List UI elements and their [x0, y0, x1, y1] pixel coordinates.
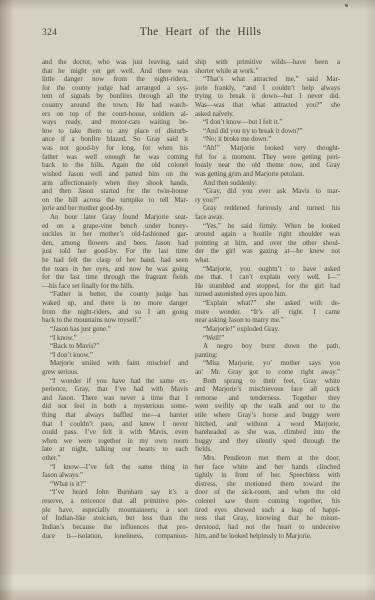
text-line: that he might yet get well. And there wa… [42, 67, 188, 76]
text-line: Jason always.” [42, 471, 188, 480]
text-line: him, and he looked helplessly to Marjori… [195, 532, 340, 541]
text-column-left: and the doctor, who was just leaving, sa… [42, 58, 188, 540]
text-line: Marjorie smiled with faint mischief and [42, 359, 188, 368]
text-line: fields. [195, 445, 340, 454]
text-line: shorter while at work.” [195, 67, 340, 76]
text-line: tightly in front of her. Speechless with [195, 471, 340, 480]
text-line: —his face set finally for the hills. [42, 282, 188, 291]
text-line: and then Jason started for the twin-hous… [42, 187, 188, 196]
text-line: country around the town. He had watch- [42, 101, 188, 110]
text-line: duce it—isolation, loneliness, companion… [42, 532, 188, 541]
text-line: Was—was that what attracted you?” she [195, 101, 340, 110]
text-line: “I know.” [42, 334, 188, 343]
text-column-right: ship with primitive wilds—have been asho… [195, 58, 340, 540]
text-line: thing that always baffled me—a barrier [42, 411, 188, 420]
text-line: he had felt the clasp of her hand, had s… [42, 256, 188, 265]
scan-artifact-band [0, 574, 375, 590]
text-line: “I don’t know—but I felt it.” [195, 118, 340, 127]
text-line: buggy and they silently sped through the [195, 437, 340, 446]
text-line: tired eyes showed such a leap of happi- [195, 506, 340, 515]
page-title: The Heart of the Hills [140, 26, 262, 38]
text-line: face away. [195, 213, 340, 222]
text-line: “Marjorie, you oughtn’t to have asked [195, 265, 340, 274]
page-number: 324 [42, 28, 57, 38]
text-line: from the night-riders, and so I am going [42, 308, 188, 317]
text-line: went swiftly up the walk and out to the [195, 402, 340, 411]
text-line: remorse and tenderness. Together they [195, 394, 340, 403]
text-line: “Gray, did you ever ask Mavis to mar- [195, 187, 340, 196]
text-line: “That’s what attracted me,” said Mar- [195, 75, 340, 84]
text-line: me that. I can’t explain very well. I—” [195, 273, 340, 282]
text-line: back to the hills. Again the old colonel [42, 161, 188, 170]
text-line: turned astonished eyes upon him. [195, 290, 340, 299]
text-line: stile where Gray’s horse and buggy were [195, 411, 340, 420]
text-line: waked up, and there is no more danger [42, 299, 188, 308]
text-line: low to take them to any place of disturb… [42, 127, 188, 136]
text-line: when we were together in my own room [42, 437, 188, 446]
text-line: “I’ve heard John Burnham say it’s a [42, 488, 188, 497]
text-line: Gray reddened furiously and turned his [195, 204, 340, 213]
text-line: Indian’s because the influences that pro… [42, 523, 188, 532]
text-line: “Explain what?” she asked with de- [195, 299, 340, 308]
text-line: and Marjorie’s mischievous face all quic… [195, 385, 340, 394]
text-line: den, among flowers and bees. Jason had [42, 239, 188, 248]
text-line: “Jason has just gone.” [42, 325, 188, 334]
text-line: door of the sick-room, and when the old [195, 488, 340, 497]
text-line: “I know—I’ve felt the same thing in [42, 463, 188, 472]
text-line: “Miss Marjorie, yo’ mother says you [195, 359, 340, 368]
text-line: pointing at him, and over the other shou… [195, 239, 340, 248]
text-line: tem of signals by bonfires through all t… [42, 92, 188, 101]
text-line: that I couldn’t pass, and knew I never [42, 420, 188, 429]
text-line: mure wonder. “It’s all right. I came [195, 308, 340, 317]
text-line: could pass. I’ve felt it with Mavis, eve… [42, 428, 188, 437]
text-line: what. [195, 256, 340, 265]
text-line: “No; it broke me down.” [195, 135, 340, 144]
text-line: ed on a grape-vine bench under honey- [42, 222, 188, 231]
text-line: Both sprang to their feet, Gray white [195, 377, 340, 386]
text-line: “And did you try to break it down?” [195, 127, 340, 136]
text-line: ple have, especially mountaineers; a sor… [42, 506, 188, 515]
text-line: trying to break it down—but I never did. [195, 92, 340, 101]
text-line: did not feel in both a mysterious some- [42, 402, 188, 411]
ink-speck [345, 4, 348, 7]
text-line: perience, Gray, that I’ve had with Mavis [42, 385, 188, 394]
text-line: was not good-by for long, for when his [42, 144, 188, 153]
text-line: back to the mountains now myself.” [42, 316, 188, 325]
text-line: around again a hostile right shoulder wa… [195, 230, 340, 239]
text-line: jorie frankly, “and I couldn’t help alwa… [195, 84, 340, 93]
text-line: late at night, talking our hearts to eac… [42, 445, 188, 454]
text-line: An hour later Gray found Marjorie seat- [42, 213, 188, 222]
text-line: ful for a moment. They were getting peri… [195, 153, 340, 162]
text-line: of Indian-like stoicism, but less than t… [42, 514, 188, 523]
text-line: He stumbled and stopped, for the girl ha… [195, 282, 340, 291]
book-page: 324 The Heart of the Hills and the docto… [0, 0, 375, 600]
text-line: on the hill across the turnpike to tell … [42, 196, 188, 205]
text-line: wished Jason well and patted him on the [42, 170, 188, 179]
text-line: “Father is better, the county judge has [42, 290, 188, 299]
text-line: other.” [42, 454, 188, 463]
text-line: ry you?” [195, 196, 340, 205]
text-line: bareheaded as she was, climbed into the [195, 428, 340, 437]
text-line: grew serious. [42, 368, 188, 377]
text-line: arm affectionately when they shook hands… [42, 179, 188, 188]
text-line: jorie and her mother good-by. [42, 204, 188, 213]
text-body: and the doctor, who was just leaving, sa… [42, 58, 340, 540]
text-line: and the doctor, who was just leaving, sa… [42, 58, 188, 67]
text-line: near asking Jason to marry me.” [195, 316, 340, 325]
text-line: ship with primitive wilds—have been a [195, 58, 340, 67]
text-line: and Jason. There was never a time that I [42, 394, 188, 403]
text-line: ness that Gray, knowing that he misun- [195, 514, 340, 523]
text-line: for the last time through the fragrant f… [42, 273, 188, 282]
text-line: distress, she motioned them toward the [195, 480, 340, 489]
text-line: father was well enough he was coming [42, 153, 188, 162]
text-line: “Back to Mavis?” [42, 342, 188, 351]
text-line: Mrs. Pendleton met them at the door, [195, 454, 340, 463]
text-line: “Yes,” he said firmly. When he looked [195, 222, 340, 231]
text-line: for the county judge had arranged a sys- [42, 84, 188, 93]
text-line: ers on top of the court-house, soldiers … [42, 110, 188, 119]
text-line: lously near the old theme now, and Gray [195, 161, 340, 170]
text-line: A negro boy burst down the path, [195, 342, 340, 351]
text-line: asked naïvely. [195, 110, 340, 119]
text-line: reserve, a reticence that all primitive … [42, 497, 188, 506]
text-line: panting: [195, 351, 340, 360]
text-line: ways ready, and motor-cars waiting be- [42, 118, 188, 127]
text-line: the tears in her eyes, and now he was go… [42, 265, 188, 274]
text-line: little danger now from the night-riders, [42, 75, 188, 84]
text-line: her face white and her hands clinched [195, 463, 340, 472]
text-line: derstood, had not the heart to undeceive [195, 523, 340, 532]
text-line: “I don’t know.” [42, 351, 188, 360]
text-line: an’ Mr. Gray got to come right away.” [195, 368, 340, 377]
text-line: “Marjorie!” exploded Gray. [195, 325, 340, 334]
text-line: hitched, and without a word Marjorie, [195, 420, 340, 429]
text-line: ance if a bonfire blazed. So Gray said i… [42, 135, 188, 144]
text-line: suckles in her mother’s old-fashioned ga… [42, 230, 188, 239]
text-line: der the girl was gazing at—he knew not [195, 247, 340, 256]
text-line: “Ah!” Marjorie looked very thought- [195, 144, 340, 153]
text-line: “Well!” [195, 334, 340, 343]
text-line: colonel saw them coming together, his [195, 497, 340, 506]
text-line: just told her good-by. For the last time [42, 247, 188, 256]
text-line: And then suddenly: [195, 179, 340, 188]
text-line: was getting grim and Marjorie petulant. [195, 170, 340, 179]
text-line: “I wonder if you have had the same ex- [42, 377, 188, 386]
text-line: “What is it?” [42, 480, 188, 489]
